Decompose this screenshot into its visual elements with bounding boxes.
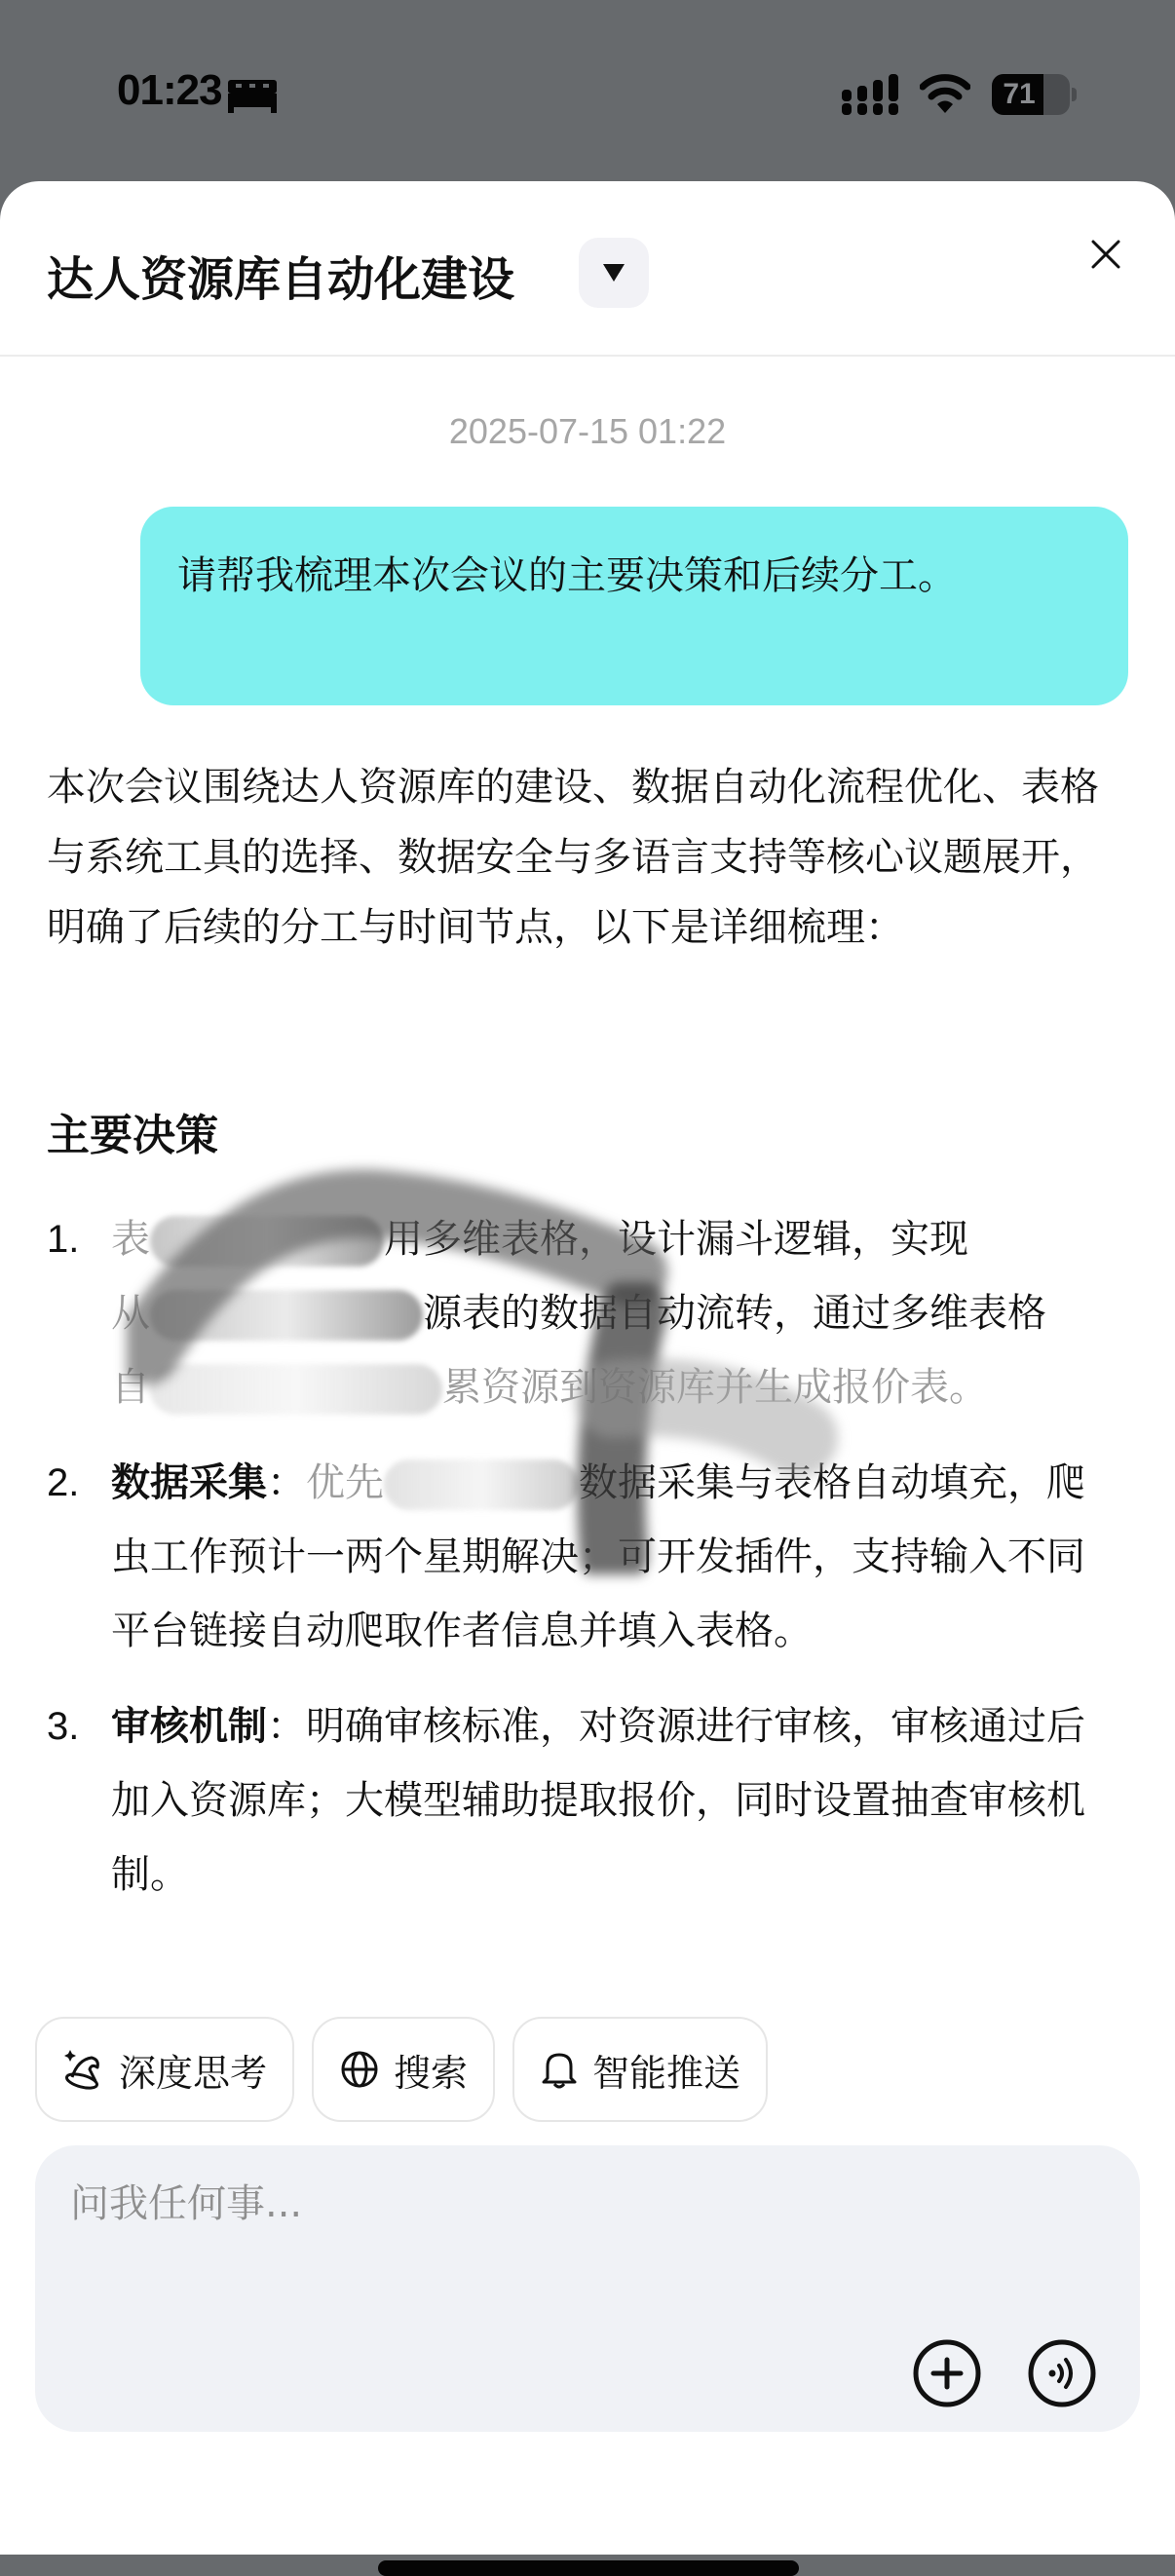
redacted-region: [150, 1364, 442, 1415]
section-heading: 主要决策: [47, 1101, 1138, 1171]
wifi-icon: [920, 72, 970, 119]
conversation-title: 达人资源库自动化建设: [47, 242, 514, 309]
status-time: 01:23: [117, 66, 222, 115]
list-item: 2. 数据采集：优先数据采集与表格自动填充，爬虫工作预计一两个星期解决；可开发插…: [47, 1446, 1109, 1668]
chat-sheet: 达人资源库自动化建设 2025-07-15 01:22 请帮我梳理本次会议的主要…: [0, 181, 1175, 2555]
assistant-intro: 本次会议围绕达人资源库的建设、数据自动化流程优化、表格与系统工具的选择、数据安全…: [47, 752, 1109, 963]
message-composer: [35, 2145, 1140, 2432]
plus-circle-icon: [912, 2338, 982, 2408]
list-item-label: 审核机制: [111, 1704, 267, 1749]
user-message-bubble: 请帮我梳理本次会议的主要决策和后续分工。: [140, 507, 1128, 705]
close-icon: [1081, 230, 1130, 279]
list-number: 1.: [47, 1202, 79, 1276]
battery-nub: [1072, 88, 1077, 101]
status-bar: 01:23 71: [0, 0, 1175, 180]
add-attachment-button[interactable]: [912, 2338, 982, 2408]
bed-icon: [226, 78, 279, 117]
redacted-region: [150, 1216, 384, 1267]
smart-push-chip[interactable]: 智能推送: [512, 2017, 768, 2122]
list-item-label: 数据采集: [111, 1460, 267, 1505]
list-item: 3. 审核机制：明确审核标准，对资源进行审核，审核通过后加入资源库；大模型辅助提…: [47, 1689, 1109, 1912]
battery-indicator: 71: [992, 74, 1070, 115]
caret-down-icon: [602, 263, 625, 283]
voice-input-button[interactable]: [1027, 2338, 1097, 2408]
list-number: 3.: [47, 1689, 79, 1763]
list-item-line: 自累资源到资源库并生成报价表。: [111, 1350, 1109, 1424]
title-dropdown-button[interactable]: [579, 238, 649, 308]
redacted-region: [384, 1459, 579, 1510]
chip-label: 深度思考: [119, 2043, 267, 2097]
wizard-hat-icon: [62, 2048, 105, 2091]
globe-icon: [339, 2049, 380, 2090]
tool-chips: 深度思考 搜索 智能推送: [35, 2017, 768, 2122]
user-message-text: 请帮我梳理本次会议的主要决策和后续分工。: [177, 553, 957, 598]
chip-label: 搜索: [394, 2043, 468, 2097]
list-item: 1. 表用多维表格，设计漏斗逻辑，实现 从源表的数据自动流转，通过多维表格 自累…: [47, 1202, 1109, 1424]
battery-level: 71: [992, 74, 1046, 115]
search-chip[interactable]: 搜索: [312, 2017, 495, 2122]
decision-list: 1. 表用多维表格，设计漏斗逻辑，实现 从源表的数据自动流转，通过多维表格 自累…: [47, 1202, 1138, 1933]
redacted-region: [150, 1290, 423, 1341]
list-item-line: 表用多维表格，设计漏斗逻辑，实现: [111, 1202, 1109, 1276]
voice-wave-icon: [1027, 2338, 1097, 2408]
bell-icon: [540, 2049, 579, 2090]
message-input[interactable]: [70, 2175, 947, 2233]
close-button[interactable]: [1081, 230, 1130, 279]
cellular-signal-icon: [842, 74, 900, 121]
chip-label: 智能推送: [592, 2043, 740, 2097]
list-item-line: 从源表的数据自动流转，通过多维表格: [111, 1276, 1109, 1350]
message-timestamp: 2025-07-15 01:22: [0, 411, 1175, 452]
list-number: 2.: [47, 1446, 79, 1520]
sheet-header: 达人资源库自动化建设: [0, 181, 1175, 357]
deep-thinking-chip[interactable]: 深度思考: [35, 2017, 294, 2122]
